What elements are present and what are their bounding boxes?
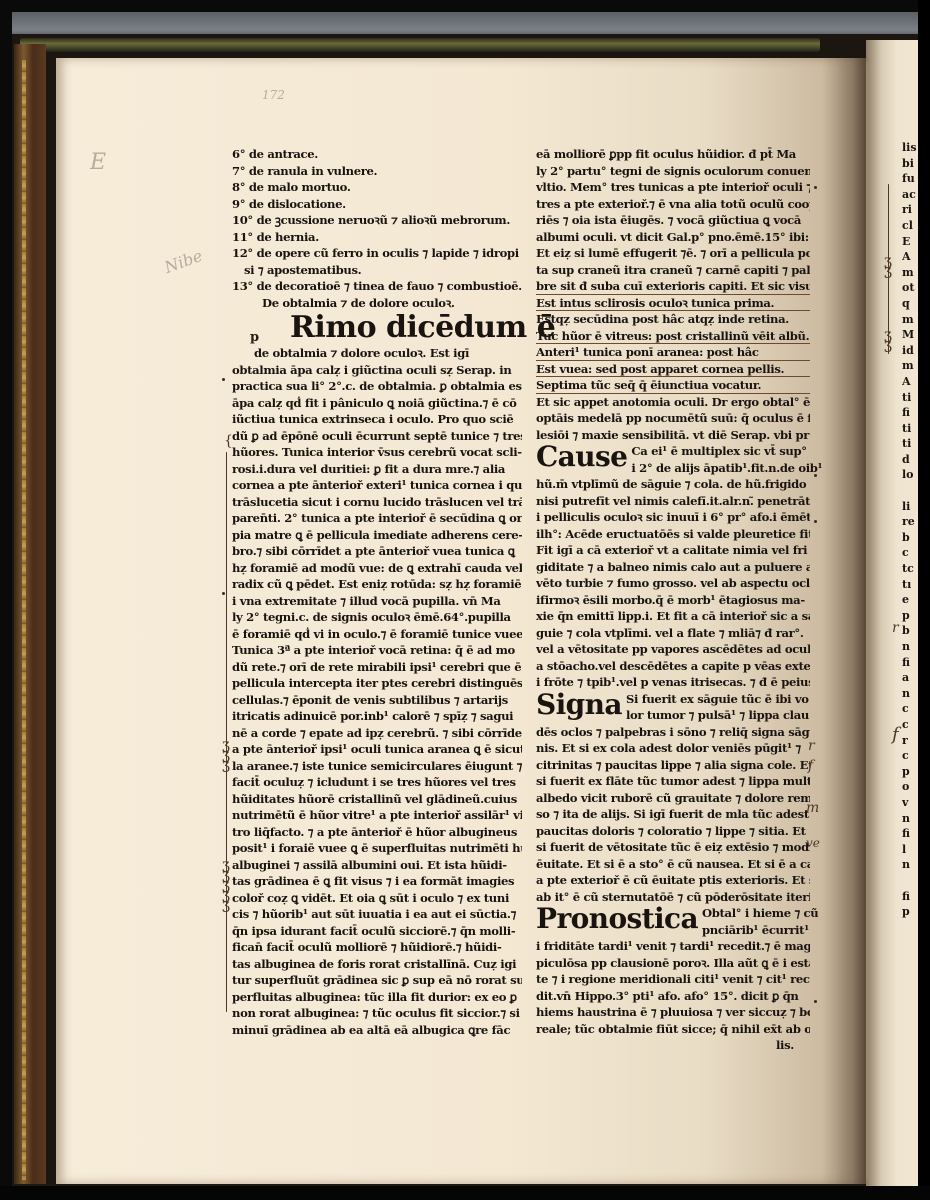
body-line: rosi.i.dura vel duritiei: ꝑ fit a dura m… xyxy=(232,461,522,478)
manuscript-squiggle: ʒʒʒ xyxy=(222,740,230,770)
toc-line: 12° de opere cũ ferro in oculis ⁊ lapide… xyxy=(232,245,522,262)
section-heading-signa: Signa xyxy=(536,691,622,724)
body-line: cornea a pte ānterioř exteri¹ tunica co… xyxy=(232,477,522,494)
toc-line: 9° de dislocatione. xyxy=(232,196,522,213)
body-line: Et eiẓ si lumē effugerit ⁊ē. ⁊ orī a pe… xyxy=(536,245,810,262)
body-line: i friditāte tardi¹ venit ⁊ tardi¹ reced… xyxy=(536,938,810,955)
body-line: hũiditates hũorē cristallinũ vel glādin… xyxy=(232,791,522,808)
manuscript-dot xyxy=(814,1000,817,1003)
body-line: riēs ⁊ oia ista ēiugēs. ⁊ vocā giũctiua… xyxy=(536,212,810,229)
body-line: vltio. Mem° tres tunicas a pte interioř … xyxy=(536,179,810,196)
toc-line: 7° de ranula in vulnere. xyxy=(232,163,522,180)
chapter-headline: Rimo dicēdum ē xyxy=(232,311,522,345)
body-line: a pte exterioř ē cũ ēuitate ptis exterio… xyxy=(536,872,810,889)
body-line: dit.vn̄ Hippo.3° pti¹ afo. afo° 15°. dic… xyxy=(536,988,810,1005)
body-line: a pte ānterioř ipsi¹ oculi tunica arane… xyxy=(232,741,522,758)
body-line: perfluitas albuginea: tũc illa fit durio… xyxy=(232,989,522,1006)
body-line: hũ.m̄ vtplīmũ de sāguie ⁊ cola. de hũ.… xyxy=(536,476,810,493)
body-line: pnciārib¹ ēcurrit¹ xyxy=(702,922,818,939)
folio-number: 172 xyxy=(262,88,285,102)
body-line: pellicula intercepta iter ptes cerebri d… xyxy=(232,675,522,692)
toc-line: 8° de malo mortuo. xyxy=(232,179,522,196)
body-line: paucitas doloris ⁊ coloratio ⁊ lippe ⁊ s… xyxy=(536,823,810,840)
body-line: posit¹ i foraiē vuee ꝗ ē superfluitas nu… xyxy=(232,840,522,857)
marginal-note: m xyxy=(806,800,819,816)
gutter-shadow xyxy=(822,58,866,1184)
body-line: reale; tũc obtalmie fiūt sicce; q̄ nihi… xyxy=(536,1021,810,1038)
body-line: albedo vicit ruborē cũ grauitate ⁊ dolor… xyxy=(536,790,810,807)
toc-line: si ⁊ apostematibus. xyxy=(232,262,522,279)
body-line: Obtal° i hieme ⁊ cũ xyxy=(702,905,818,922)
manuscript-dot xyxy=(814,186,817,189)
body-line: nisi putrefīt vel nimis calefī.it.alr.… xyxy=(536,493,810,510)
body-line: vel a vētositate pp vapores ascēdētes ad… xyxy=(536,641,810,658)
toc-line: 10° de ꝫcussione neruoꝛũ ⁊ alioꝛũ mebror… xyxy=(232,212,522,229)
toc-line: 6° de antrace. xyxy=(232,146,522,163)
body-line: dũ ꝑ ad ēpōnē oculi ēcurrunt septē tuni… xyxy=(232,428,522,445)
section-heading-pronostica: Pronostica xyxy=(536,905,698,938)
body-line: bro.⁊ sibi cōrrīdet a pte ānterioř vu… xyxy=(232,543,522,560)
verse-line: Est intus sclirosis oculoꝛ tunica prima. xyxy=(536,295,810,312)
verse-line: Estqẓ secūdina post hâc atqẓ inde retin… xyxy=(536,311,810,328)
manuscript-squiggle: { xyxy=(224,436,233,446)
body-line: q̄n ipsa idurant facit̄ oculũ sicciorē.… xyxy=(232,923,522,940)
pencil-mark: E xyxy=(90,150,106,175)
body-line: practica sua li° 2°.c. de obtalmia. ꝑ ob… xyxy=(232,378,522,395)
body-line: hũores. Tunica interior v̄sus cerebrũ vo… xyxy=(232,444,522,461)
body-line: nis. Et si ex cola adest dolor veniēs p… xyxy=(536,740,810,757)
verse-line: Tuc hũor ē vitreus: post cristallinũ vēi… xyxy=(536,328,810,345)
body-line: hẓ foramiē ad modũ vue: de ꝗ extrahī ca… xyxy=(232,560,522,577)
body-line: i 2° de alijs āpatib¹.fit.n.de oib¹ xyxy=(631,460,822,477)
body-line: Tunica 3ª a pte interioř vocā retina: q… xyxy=(232,642,522,659)
body-line: ē foramiē qḋ vi in oculo.⁊ ē foramiē tun… xyxy=(232,626,522,643)
body-line: iũctiua tunica extrinseca i oculo. Pro q… xyxy=(232,411,522,428)
body-line: a stōacho.vel descēdētes a capite p vēas… xyxy=(536,658,810,675)
right-column: eā molliorē ꝑpp fit oculus hũidior. đ p… xyxy=(536,146,810,1054)
chapter-title: De obtalmia ⁊ de dolore oculoꝛ. xyxy=(232,295,522,312)
body-line: guie ⁊ cola vtplīmi. vel a flate ⁊ mlia… xyxy=(536,625,810,642)
body-line: pia matre ꝗ ē pellicula imediate adheren… xyxy=(232,527,522,544)
body-line: de obtalmia ⁊ dolore oculoꝛ. Est igī xyxy=(232,345,522,362)
body-line: te ⁊ i regione meridionali citi¹ venit ⁊… xyxy=(536,971,810,988)
marginal-note: r xyxy=(808,738,815,754)
cover-top-edge xyxy=(20,38,820,52)
body-line: cis ⁊ hũorib¹ aut sūt iuuatia i ea aut … xyxy=(232,906,522,923)
manuscript-dot xyxy=(222,592,225,595)
marginal-note: r xyxy=(892,620,899,636)
photo-frame-right xyxy=(918,0,930,1200)
body-line: āpa calẓ qḋ fit i pâniculo ꝗ noiā giũc… xyxy=(232,395,522,412)
body-line: paren̄ti. 2° tunica a pte interioř ē sec… xyxy=(232,510,522,527)
section-pronostica: Pronostica Obtal° i hieme ⁊ cũ pnciārib… xyxy=(536,905,810,938)
body-line: vēto turbie ⁊ fumo grosso. vel ab aspect… xyxy=(536,575,810,592)
body-line: lor tumor ⁊ pulsā¹ ⁊ lippa clau xyxy=(626,707,809,724)
body-line: ly 2° partu° tegni de signis oculorum co… xyxy=(536,163,810,180)
manuscript-dot xyxy=(222,378,225,381)
body-line: tur superfluũt grādinea sic ꝑ sup eā n… xyxy=(232,972,522,989)
body-line: citrinitas ⁊ paucitas lippe ⁊ alia signa… xyxy=(536,757,810,774)
marginal-note: ve xyxy=(806,836,820,850)
body-line: ta sup craneũ itra craneũ ⁊ carnē capiti… xyxy=(536,262,810,279)
body-line: si fuerit de vētositate tũc ē eiẓ extēsi… xyxy=(536,839,810,856)
manuscript-squiggle: ʒʒ xyxy=(884,330,892,350)
toc-line: 11° de hernia. xyxy=(232,229,522,246)
body-line: hiems haustrina ē ⁊ pluuiosa ⁊ ver siccu… xyxy=(536,1004,810,1021)
toc-line: 13° de decoratioē ⁊ tinea de fauo ⁊ comb… xyxy=(232,278,522,295)
body-line: trāslucetia sicut i cornu lucido trāsl… xyxy=(232,494,522,511)
body-line: Fit igī a cā exterioř vt a calitate ni… xyxy=(536,542,810,559)
section-signa: Signa Si fuerit ex sāguie tũc ē ibi vo … xyxy=(536,691,810,724)
body-line: ly 2° tegni.c. de signis oculoꝛ ēmē.64°.… xyxy=(232,609,522,626)
body-line: cellulas.⁊ ēponit de venis subtilibus ⁊ … xyxy=(232,692,522,709)
body-line: tro liq̄facto. ⁊ a pte ānterioř ē hũor … xyxy=(232,824,522,841)
body-line: non rorat albuginea: ⁊ tũc oculus fit si… xyxy=(232,1005,522,1022)
body-line: ifirmoꝛ ēsili morbo.q̄ ē morb¹ ētagiosus… xyxy=(536,592,810,609)
verse-line: Septima tũc seq̄ q̄ ēiunctiua vocatur. xyxy=(536,377,810,394)
body-line: facit̄ oculuẓ ⁊ icludunt i se tres hũore… xyxy=(232,774,522,791)
body-line: tas grādinea ē ꝗ fit visus ⁊ i ea forma… xyxy=(232,873,522,890)
cover-spine-edge xyxy=(14,44,46,1184)
body-line: eā molliorē ꝑpp fit oculus hũidior. đ p… xyxy=(536,146,810,163)
section-heading-cause: Cause xyxy=(536,443,627,476)
body-line: radix cũ ꝗ pēdet. Est eniẓ rotūda: sẓ h… xyxy=(232,576,522,593)
gilt-tooling xyxy=(22,60,26,1180)
body-line: piculōsa pp clausionē poroꝛ. Illa aũt ꝗ … xyxy=(536,955,810,972)
body-line: nē a corde ⁊ epate ad ipẓ cerebrũ. ⁊ sib… xyxy=(232,725,522,742)
body-line: ēuitate. Et si ē a sto° ē cũ nausea. Et … xyxy=(536,856,810,873)
verse-line: Est vuea: sed post apparet cornea pellis… xyxy=(536,361,810,378)
body-line: dēs oclos ⁊ palpebras i sōno ⁊ reliq̄ s… xyxy=(536,724,810,741)
verse-line: Anteri¹ tunica ponī aranea: post hâc xyxy=(536,344,810,361)
left-column: 6° de antrace. 7° de ranula in vulnere. … xyxy=(232,146,522,1038)
body-line: lis. xyxy=(536,1037,810,1054)
body-line: optāis medelā pp nocumētũ suū: q̄ oc… xyxy=(536,410,810,427)
body-line: Ca ei¹ ē multiplex sic vt̄ sup° xyxy=(631,443,822,460)
body-line: i pelliculis oculoꝛ sic inuuī i 6° pr° … xyxy=(536,509,810,526)
body-line: tres a pte exterioř.⁊ ē vna alia totũ oc… xyxy=(536,196,810,213)
marginal-note: f xyxy=(892,724,899,745)
manuscript-bracket xyxy=(226,452,227,1012)
body-line: i vna extremitate ⁊ illud vocā pupilla.… xyxy=(232,593,522,610)
body-line: la aranee.⁊ iste tunice semicirculares ē… xyxy=(232,758,522,775)
manuscript-dot xyxy=(814,474,817,477)
facing-page-text: lisbifuacriclE AmotqmMidmAtifititidlo li… xyxy=(902,140,918,920)
body-line: dũ rete.⁊ orī de rete mirabili ipsi¹ ce… xyxy=(232,659,522,676)
body-line: itricatis adinuicē por.inb¹ calorē ⁊ spi… xyxy=(232,708,522,725)
manuscript-squiggle: ʒʒʒʒʒ xyxy=(222,860,230,910)
body-line: si fuerit ex flāte tũc tumor adest ⁊ li… xyxy=(536,773,810,790)
body-line: fican̄ facit̄ oculũ molliorē ⁊ hũidiorē.… xyxy=(232,939,522,956)
body-line: giditate ⁊ a balneo nimis calo aut a pul… xyxy=(536,559,810,576)
body-line: tas albuginea de foris rorat cristallīn… xyxy=(232,956,522,973)
body-line: Si fuerit ex sāguie tũc ē ibi vo xyxy=(626,691,809,708)
guide-letter: p xyxy=(250,330,259,345)
marginal-note: f xyxy=(808,758,813,774)
body-line: nutrimētũ ē hũor vitre¹ a pte interioř … xyxy=(232,807,522,824)
section-cause: Cause Ca ei¹ ē multiplex sic vt̄ sup° i … xyxy=(536,443,810,476)
body-line: minuī grādinea ab ea altā eā albugic… xyxy=(232,1022,522,1039)
body-line: bre sit đ suba cuī exterioris capiti. E… xyxy=(536,278,810,295)
body-line: obtalmia āpa calẓ i giũctina oculi sẓ S… xyxy=(232,362,522,379)
body-line: coloř coẓ ꝗ vidēt. Et oia ꝗ sūt i oculo… xyxy=(232,890,522,907)
body-line: Et sic appet anotomia oculi. Dr ergo obt… xyxy=(536,394,810,411)
manuscript-squiggle: ʒʒ xyxy=(884,256,892,276)
body-line: albumi oculi. vt dicit Gal.p° pno.ēmē.15… xyxy=(536,229,810,246)
manuscript-dot xyxy=(814,520,817,523)
body-line: ilh°: Acēde eructuatōēs si valde pleuret… xyxy=(536,526,810,543)
photo-frame-bottom xyxy=(0,1186,930,1200)
body-line: xie q̄n emittī lipp.i. Et fit a cā int… xyxy=(536,608,810,625)
body-line: so ⁊ ita de alijs. Si igī fuerit de mla… xyxy=(536,806,810,823)
body-line: albuginei ⁊ assilā albumini oui. Et ist… xyxy=(232,857,522,874)
